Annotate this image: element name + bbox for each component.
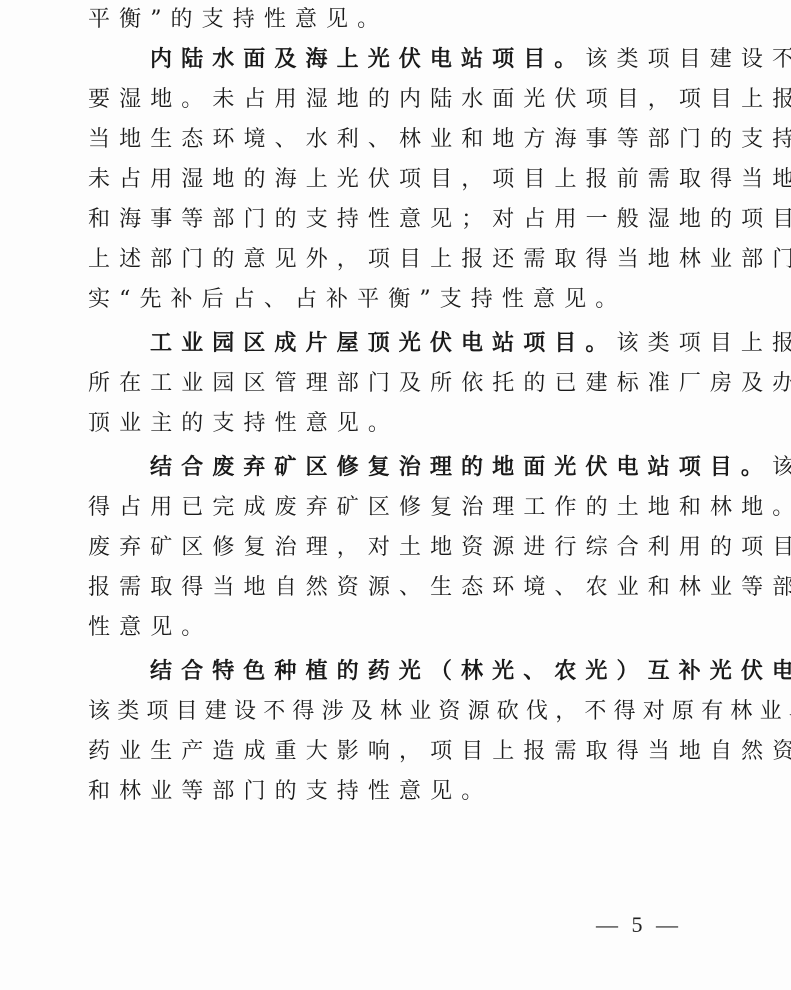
text-line: 药业生产造成重大影响，项目上报需取得当地自然资源、农业 <box>88 732 791 772</box>
text-line: 上述部门的意见外，项目上报还需取得当地林业部门对项目落 <box>88 240 791 280</box>
text-run: 该类项目不 <box>772 455 791 480</box>
section-heading-mine-restoration-pv: 结合废弃矿区修复治理的地面光伏电站项目。 <box>150 455 772 480</box>
text-line: 该类项目建设不得涉及林业资源砍伐，不得对原有林业、农业、 <box>88 692 791 732</box>
text-line: 未占用湿地的海上光伏项目，项目上报前需取得当地自然资源 <box>88 160 791 200</box>
paragraph-first-line: 结合特色种植的药光（林光、农光）互补光伏电站项目。 <box>150 652 791 692</box>
paragraph-first-line: 结合废弃矿区修复治理的地面光伏电站项目。该类项目不 <box>150 448 791 488</box>
paragraph-first-line: 工业园区成片屋顶光伏电站项目。该类项目上报前需取得 <box>150 324 791 364</box>
text-line: 和海事等部门的支持性意见；对占用一般湿地的项目，除取得 <box>88 200 791 240</box>
page-number: — 5 — <box>596 912 682 938</box>
section-heading-inland-water-offshore-pv: 内陆水面及海上光伏电站项目。 <box>150 47 585 72</box>
text-line: 所在工业园区管理部门及所依托的已建标准厂房及办公用房屋 <box>88 364 791 404</box>
text-line: 性意见。 <box>88 608 212 648</box>
text-line: 当地生态环境、水利、林业和地方海事等部门的支持性意见； <box>88 120 791 160</box>
text-run: 该类项目上报前需取得 <box>617 331 791 356</box>
text-line: 和林业等部门的支持性意见。 <box>88 772 492 812</box>
paragraph-first-line: 内陆水面及海上光伏电站项目。该类项目建设不得占用重 <box>150 40 791 80</box>
section-heading-agri-pv-complementary: 结合特色种植的药光（林光、农光）互补光伏电站项目。 <box>150 659 791 684</box>
text-line: 废弃矿区修复治理，对土地资源进行综合利用的项目，项目上 <box>88 528 791 568</box>
text-line: 得占用已完成废弃矿区修复治理工作的土地和林地。通过结合 <box>88 488 791 528</box>
text-run: 该类项目建设不得占用重 <box>585 47 791 72</box>
text-line: 顶业主的支持性意见。 <box>88 404 399 444</box>
section-heading-industrial-rooftop-pv: 工业园区成片屋顶光伏电站项目。 <box>150 331 617 356</box>
text-line: 平衡”的支持性意见。 <box>88 0 388 40</box>
text-line: 实“先补后占、占补平衡”支持性意见。 <box>88 280 626 320</box>
text-line: 要湿地。未占用湿地的内陆水面光伏项目，项目上报前需取得 <box>88 80 791 120</box>
text-line: 报需取得当地自然资源、生态环境、农业和林业等部门的支持 <box>88 568 791 608</box>
